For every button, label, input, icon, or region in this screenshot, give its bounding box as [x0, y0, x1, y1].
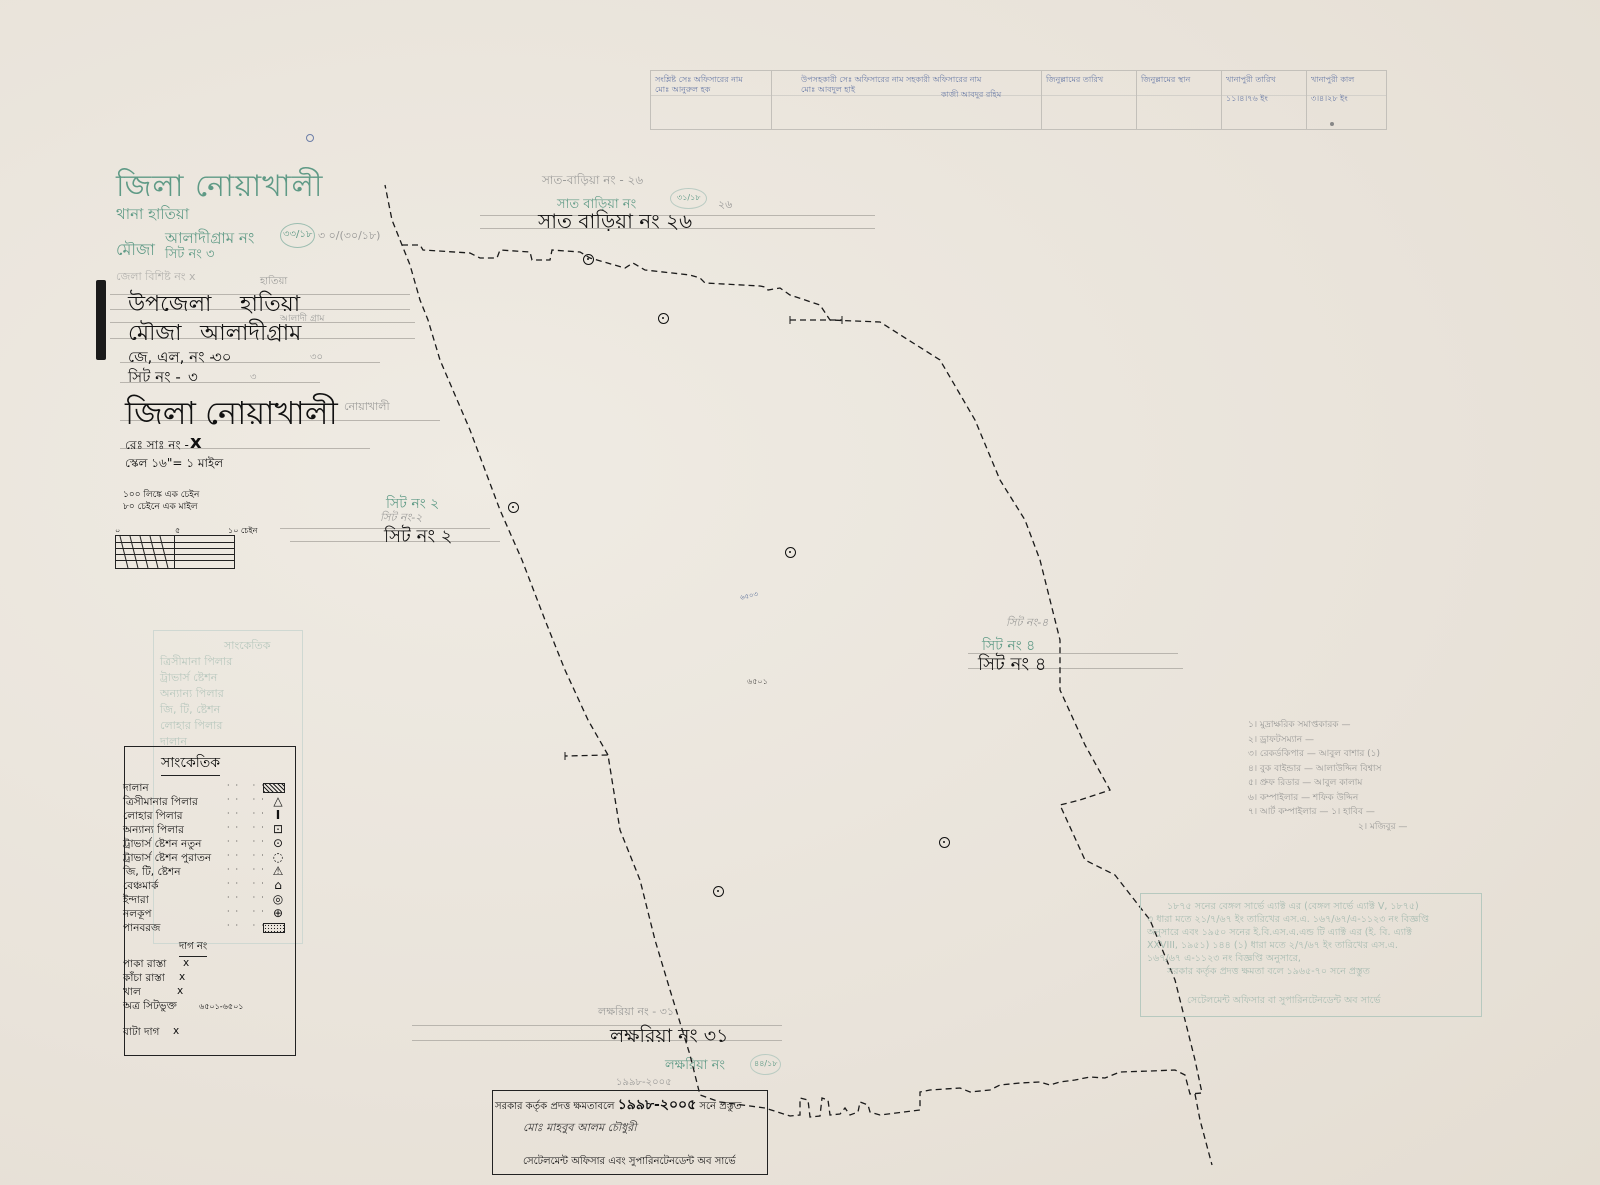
traverse-station-icon: [785, 547, 796, 558]
traverse-station-icon: [939, 837, 950, 848]
certificate-box: সরকার কর্তৃক প্রদত্ত ক্ষমতাবলে ১৯৯৮-২০০৫…: [492, 1090, 768, 1175]
traverse-station-icon: [583, 254, 594, 265]
pencil-credits: ১। মুদ্রাক্ষরিক সমাপ্তকারক — ২। ড্রাফটসম…: [1248, 718, 1407, 834]
traverse-station-icon: [508, 502, 519, 513]
officer-signature: মোঃ মাহবুব আলম চৌধুরী: [523, 1119, 636, 1138]
traverse-station-icon: [713, 886, 724, 897]
map-sheet: সংশ্লিষ্ট সেঃ অফিসারের নাম উপসহকারী সেঃ …: [0, 0, 1600, 1185]
authority-stamp: ১৮৭৫ সনের বেঙ্গল সার্ভে এ্যাক্ট এর (বেঙ্…: [1140, 893, 1482, 1017]
traverse-station-icon: [658, 313, 669, 324]
cert-years: ১৯৯৮-২০০৫: [618, 1097, 697, 1113]
officer-designation: সেটেলমেন্ট অফিসার এবং সুপারিনটেনডেন্ট অব…: [523, 1154, 736, 1171]
cert-suffix: সনে প্রস্তুত: [699, 1101, 741, 1112]
cert-prefix: সরকার কর্তৃক প্রদত্ত ক্ষমতাবলে: [495, 1101, 615, 1112]
